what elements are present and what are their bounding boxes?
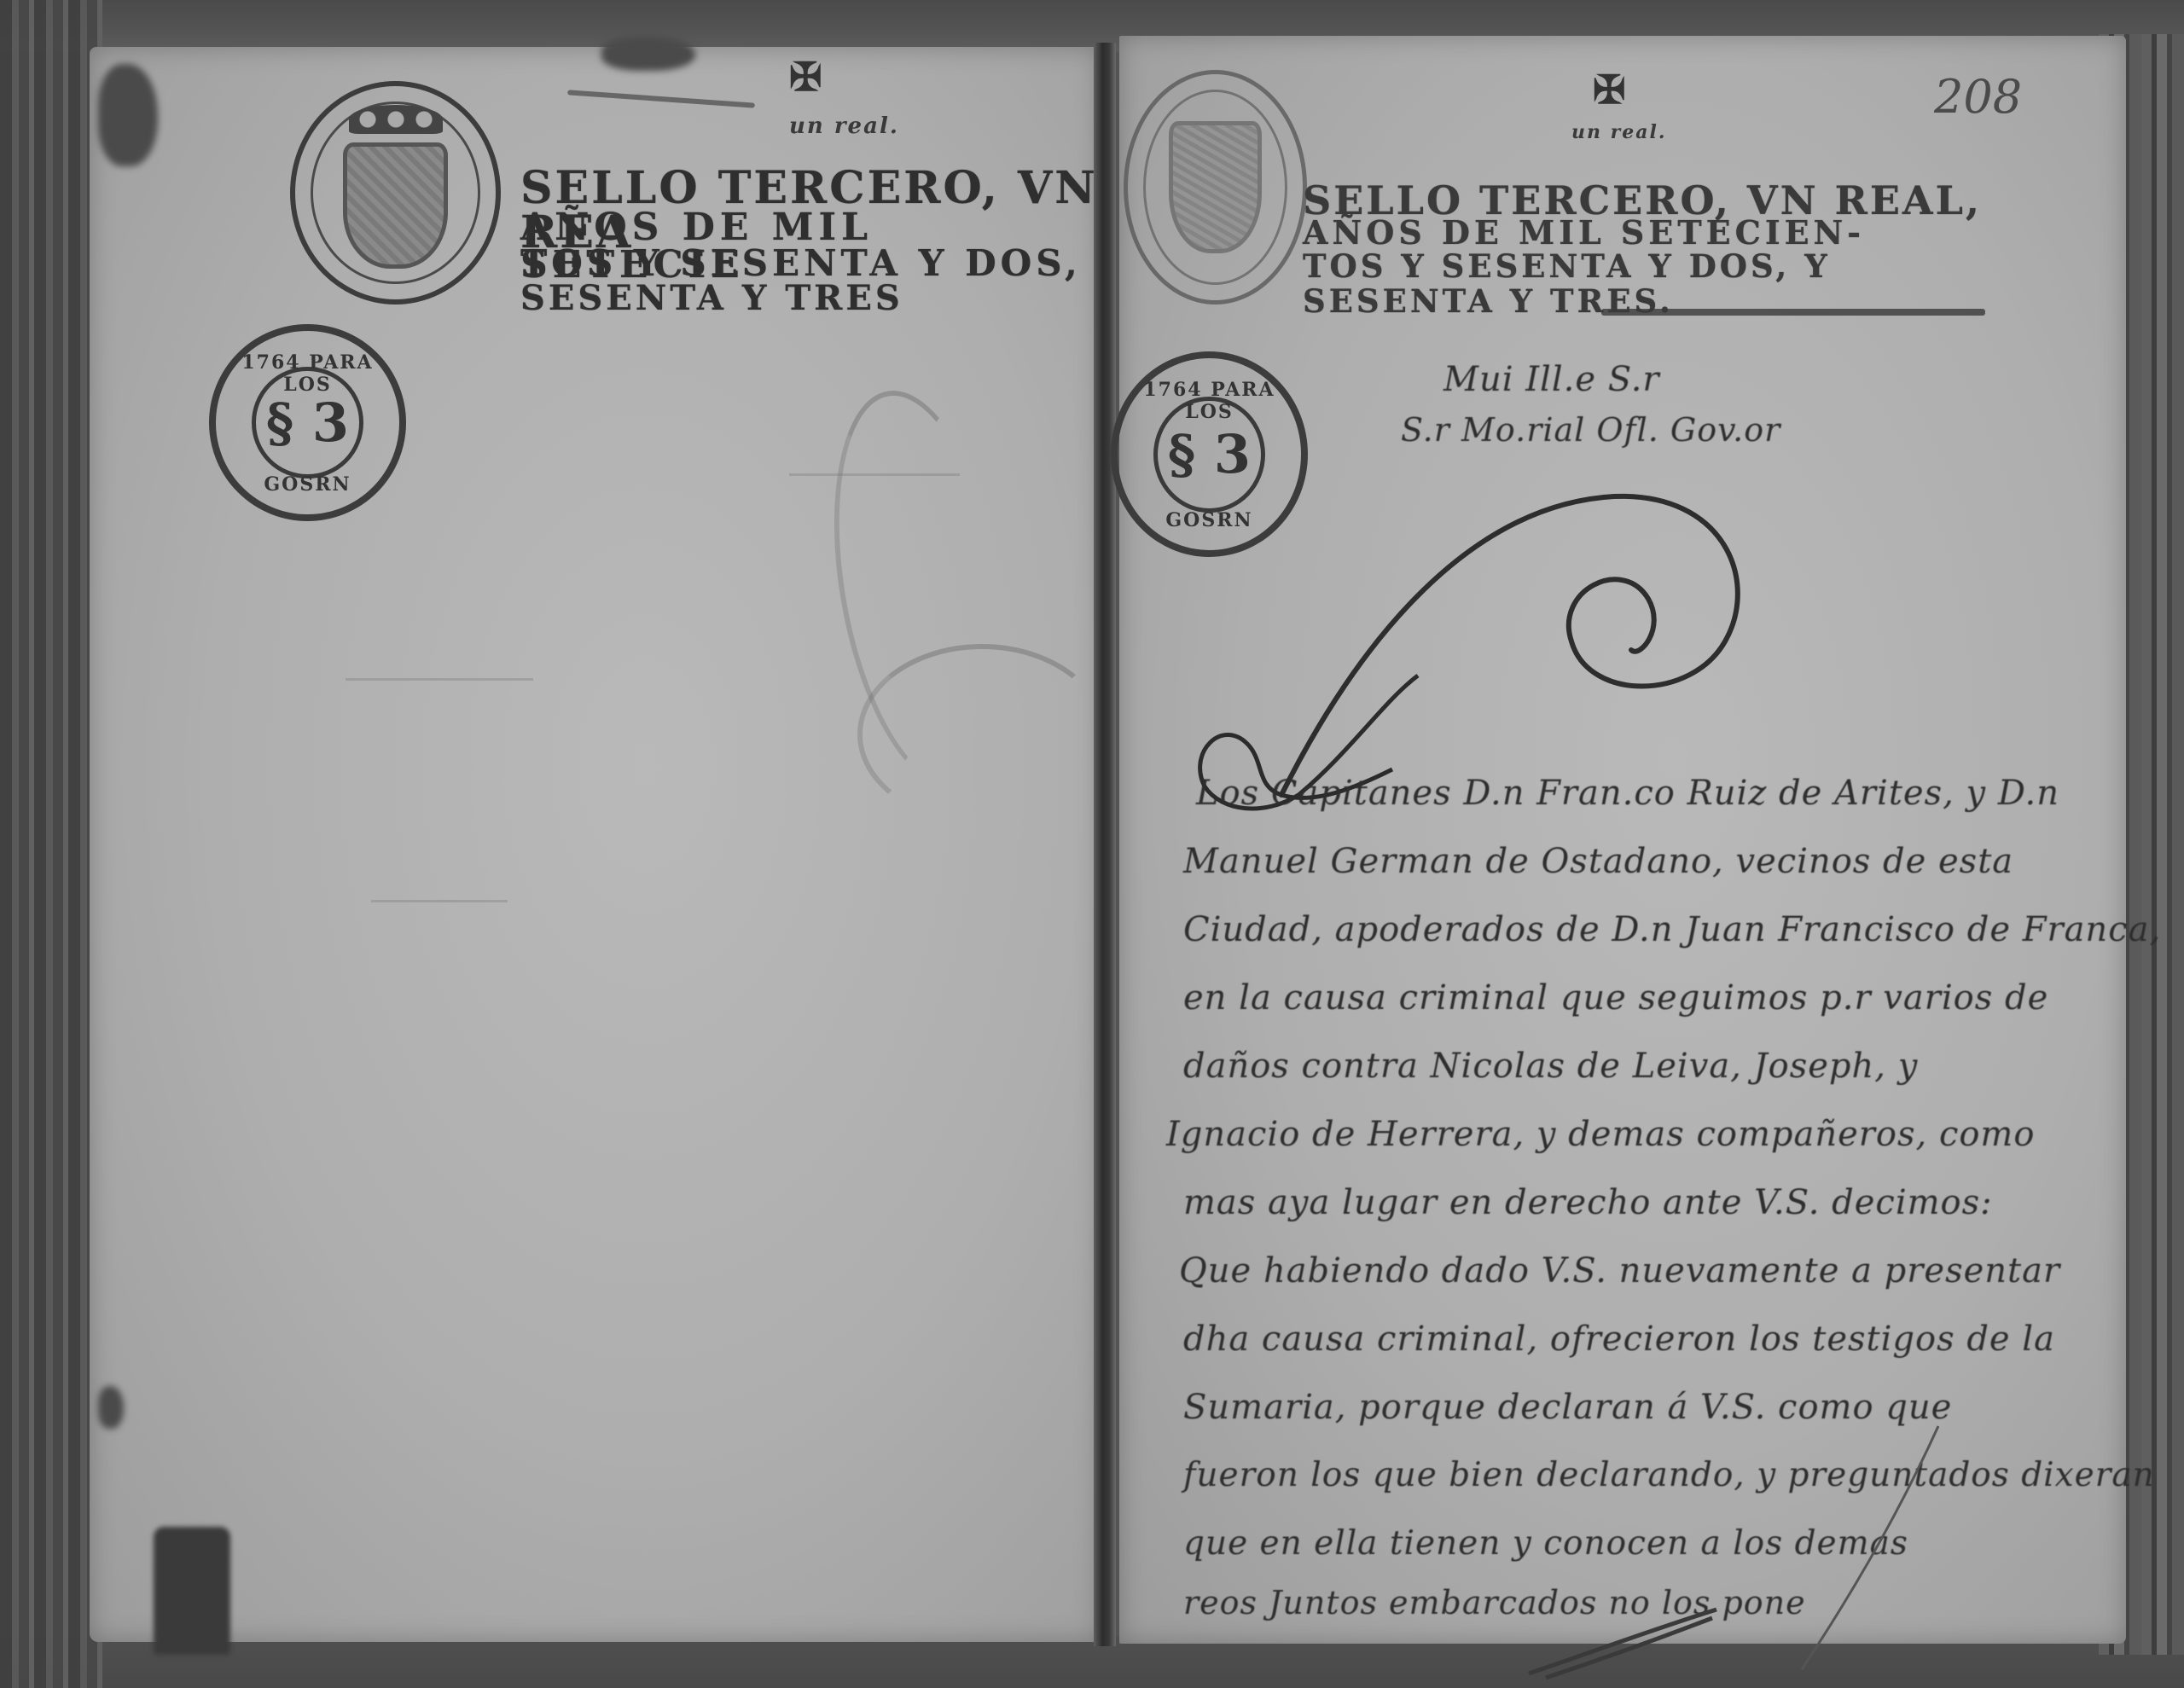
salutation: Mui Ill.e S.r: [1443, 360, 1660, 399]
stamp-heading-line-4: SESENTA Y TRES: [520, 281, 903, 316]
royal-seal-stamp: [290, 81, 501, 305]
torn-edge: [601, 37, 695, 71]
page-clip: [154, 1527, 230, 1655]
handwritten-line: Que habiendo dado V.S. nuevamente a pres…: [1179, 1251, 2060, 1291]
bleed-through-line: [789, 473, 960, 476]
royal-seal-stamp: [1124, 70, 1307, 305]
handwritten-line: mas aya lugar en derecho ante V.S. decim…: [1183, 1183, 1993, 1222]
cross-icon: ✠: [789, 54, 822, 100]
handwritten-line: dha causa criminal, ofrecieron los testi…: [1183, 1320, 2055, 1359]
crown-icon: [349, 105, 443, 134]
faded-print-rule: [567, 90, 755, 107]
closing-flourish: [1512, 1605, 1734, 1682]
book-gutter: [1094, 43, 1116, 1646]
bleed-through-line: [346, 678, 533, 681]
handwritten-line: Los Capitanes D.n Fran.co Ruiz de Arites…: [1196, 774, 2059, 813]
tax-line: un real.: [1571, 121, 1667, 143]
seal-inner-ring: [1143, 90, 1287, 285]
left-binding-edge: [0, 0, 102, 1688]
cross-icon: ✠: [1593, 67, 1626, 113]
right-page: 208 ✠ un real. SELLO TERCERO, VN REAL, A…: [1119, 36, 2126, 1644]
tax-line: un real.: [789, 113, 899, 139]
handwritten-line: Ciudad, apoderados de D.n Juan Francisco…: [1183, 910, 2161, 949]
handwritten-line: Manuel German de Ostadano, vecinos de es…: [1183, 842, 2013, 881]
stamp-heading-line-3: TOS Y SESENTA Y DOS, Y: [1303, 251, 1831, 282]
handwritten-line: Ignacio de Herrera, y demas compañeros, …: [1166, 1115, 2035, 1154]
stamp-heading-line-2: AÑOS DE MIL SETECIEN-: [1303, 217, 1865, 249]
handwritten-line: fueron los que bien declarando, y pregun…: [1183, 1456, 2155, 1494]
margin-stroke: [1751, 1418, 1955, 1673]
stamp-heading-line-3: TOS Y SESENTA Y DOS,: [520, 246, 1082, 281]
stamp-outer-text: 1764 PARA LOS: [216, 351, 399, 396]
handwritten-line: daños contra Nicolas de Leiva, Joseph, y: [1183, 1047, 1918, 1086]
bleed-through-flourish: [857, 644, 1107, 825]
handwritten-line: en la causa criminal que seguimos p.r va…: [1183, 978, 2048, 1018]
water-stain: [98, 64, 158, 166]
stamp-lower-text: GOSRN: [216, 473, 399, 496]
stamp-outer-text: 1764 PARA LOS: [1118, 379, 1301, 423]
left-page: ✠ un real. SELLO TERCERO, VN REA AÑOS DE…: [90, 47, 1101, 1642]
bleed-through-line: [371, 900, 508, 902]
underline-rule: [1601, 309, 1985, 316]
folio-number: 208: [1934, 70, 2022, 124]
ink-blot: [98, 1386, 124, 1429]
revalidation-stamp: 1764 PARA LOS § 3 GOSRN: [209, 324, 406, 521]
addressee-line: S.r Mo.rial Ofl. Gov.or: [1401, 411, 1780, 449]
